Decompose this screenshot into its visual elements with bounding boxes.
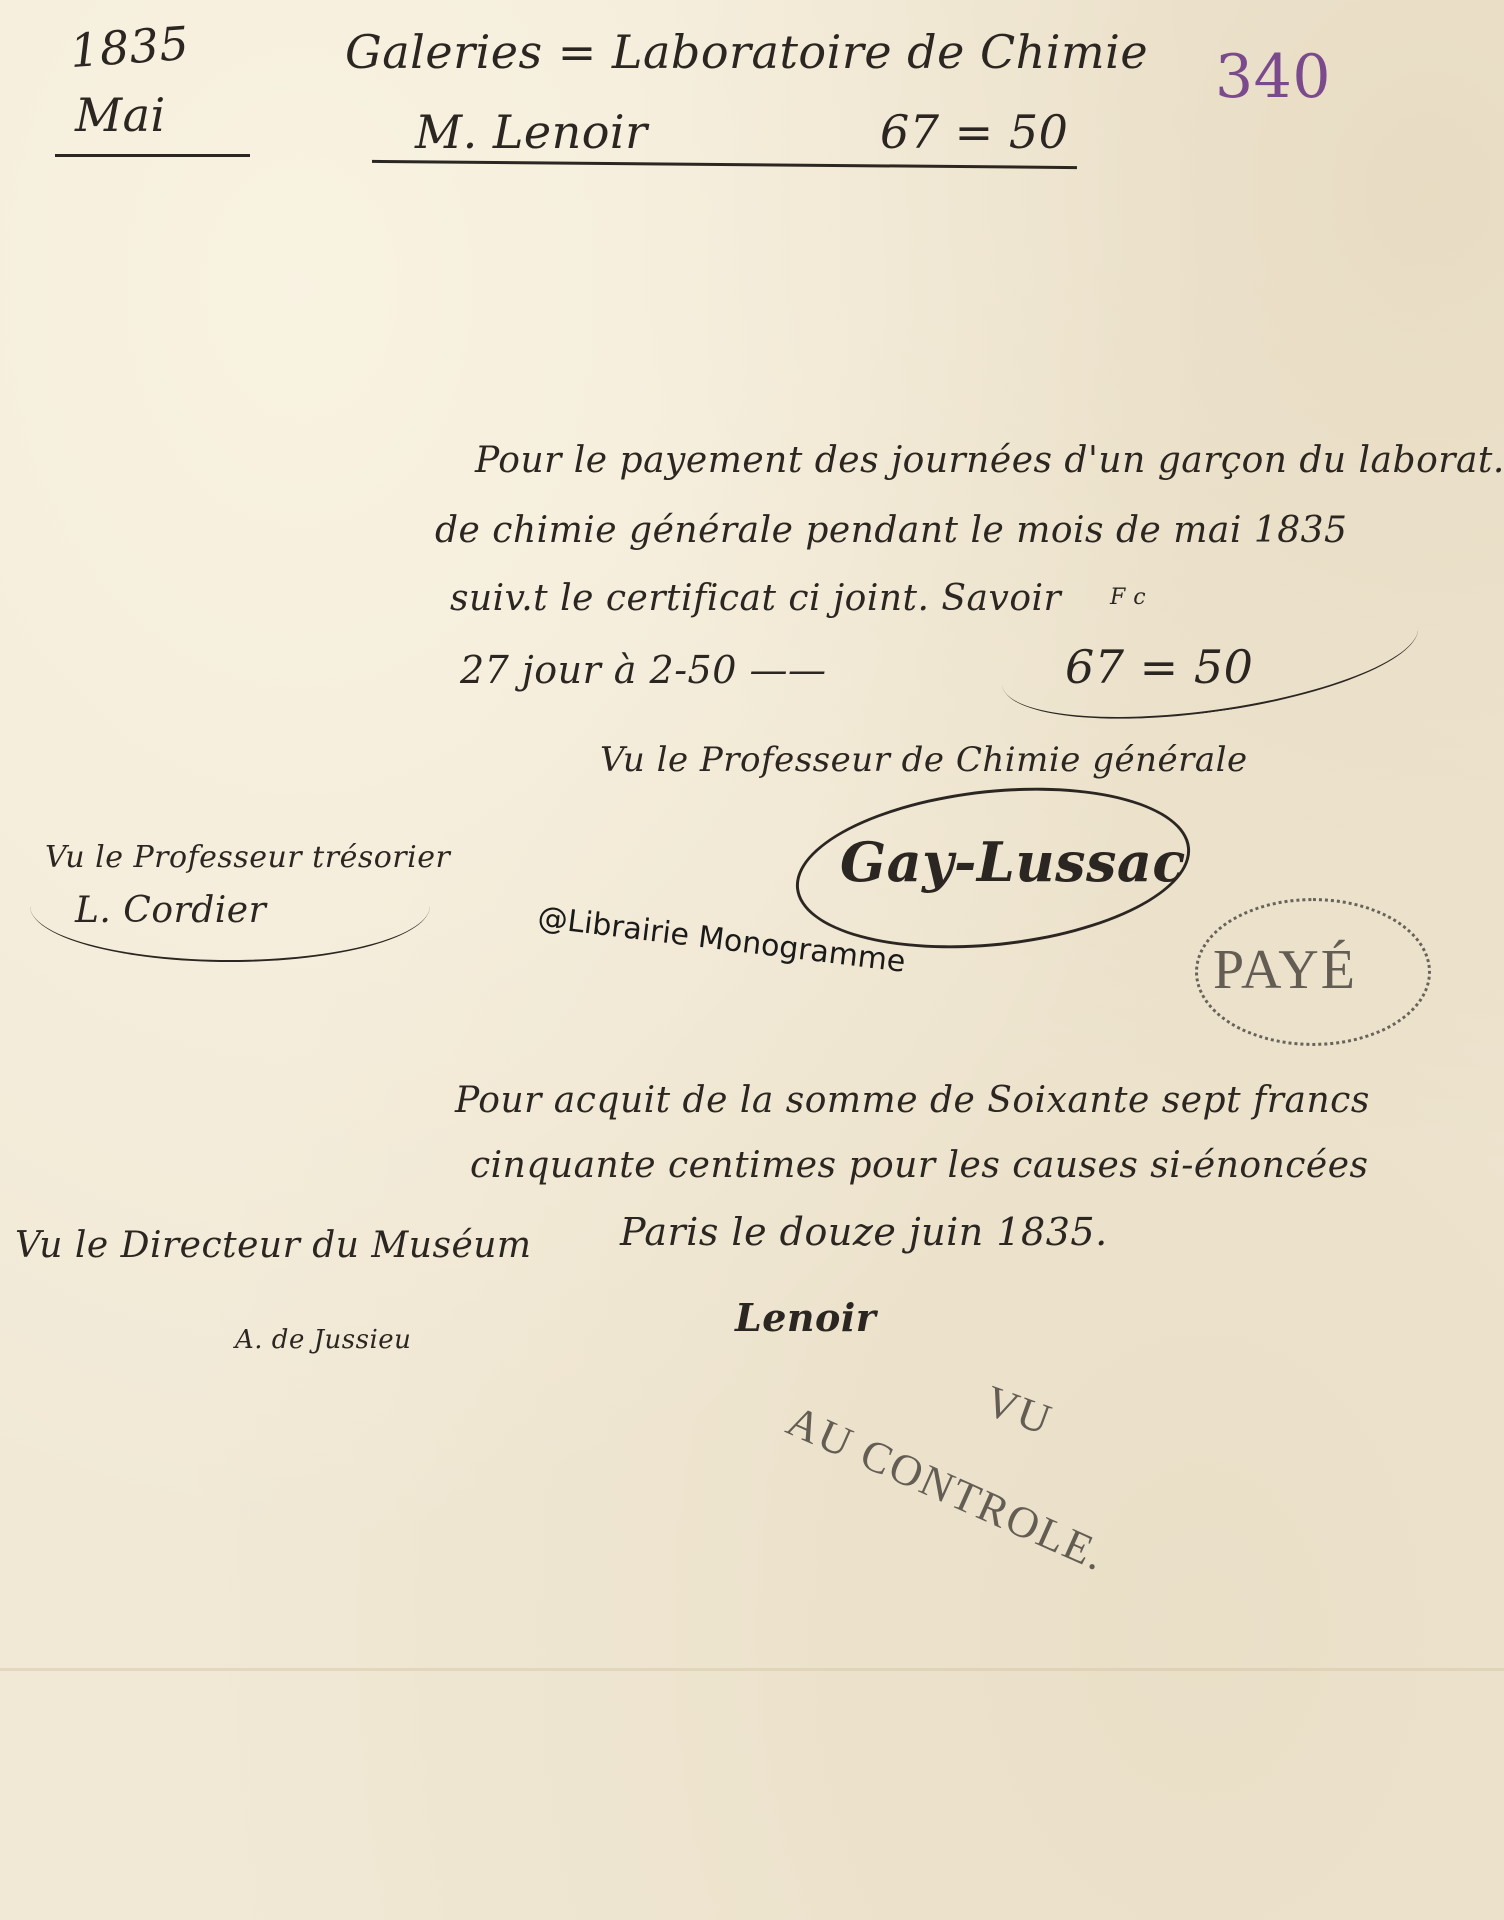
body-line-3: suiv.t le certificat ci joint. Savoir [450, 578, 1061, 619]
header-month: Mai [75, 88, 166, 142]
receipt-signature: Lenoir [735, 1295, 876, 1340]
reference-number: 340 [1215, 42, 1331, 112]
paid-stamp: PAYÉ [1213, 938, 1357, 1002]
professor-label: Vu le Professeur de Chimie générale [600, 740, 1248, 780]
calc-line: 27 jour à 2-50 —— [460, 648, 827, 692]
header-underline [372, 160, 1077, 169]
control-stamp-top: VU [978, 1375, 1059, 1446]
currency-marks: F c [1110, 585, 1146, 610]
professor-signature: Gay-Lussac [840, 830, 1186, 894]
header-month-underline [55, 154, 250, 157]
body-line-2: de chimie générale pendant le mois de ma… [435, 510, 1347, 551]
director-label: Vu le Directeur du Muséum [15, 1225, 532, 1266]
director-signature: A. de Jussieu [235, 1325, 411, 1355]
treasurer-flourish [30, 850, 430, 962]
header-title: Galeries = Laboratoire de Chimie [345, 25, 1148, 79]
body-line-1: Pour le payement des journées d'un garço… [475, 440, 1504, 481]
receipt-line-1: Pour acquit de la somme de Soixante sept… [455, 1080, 1370, 1121]
receipt-date: Paris le douze juin 1835. [620, 1210, 1108, 1254]
header-amount: 67 = 50 [880, 105, 1068, 159]
control-stamp-bottom: AU CONTROLE. [779, 1395, 1114, 1582]
header-payee: M. Lenoir [415, 105, 648, 159]
paper-fold [0, 1668, 1504, 1671]
header-year: 1835 [68, 16, 191, 78]
receipt-line-2: cinquante centimes pour les causes si-én… [470, 1145, 1369, 1186]
